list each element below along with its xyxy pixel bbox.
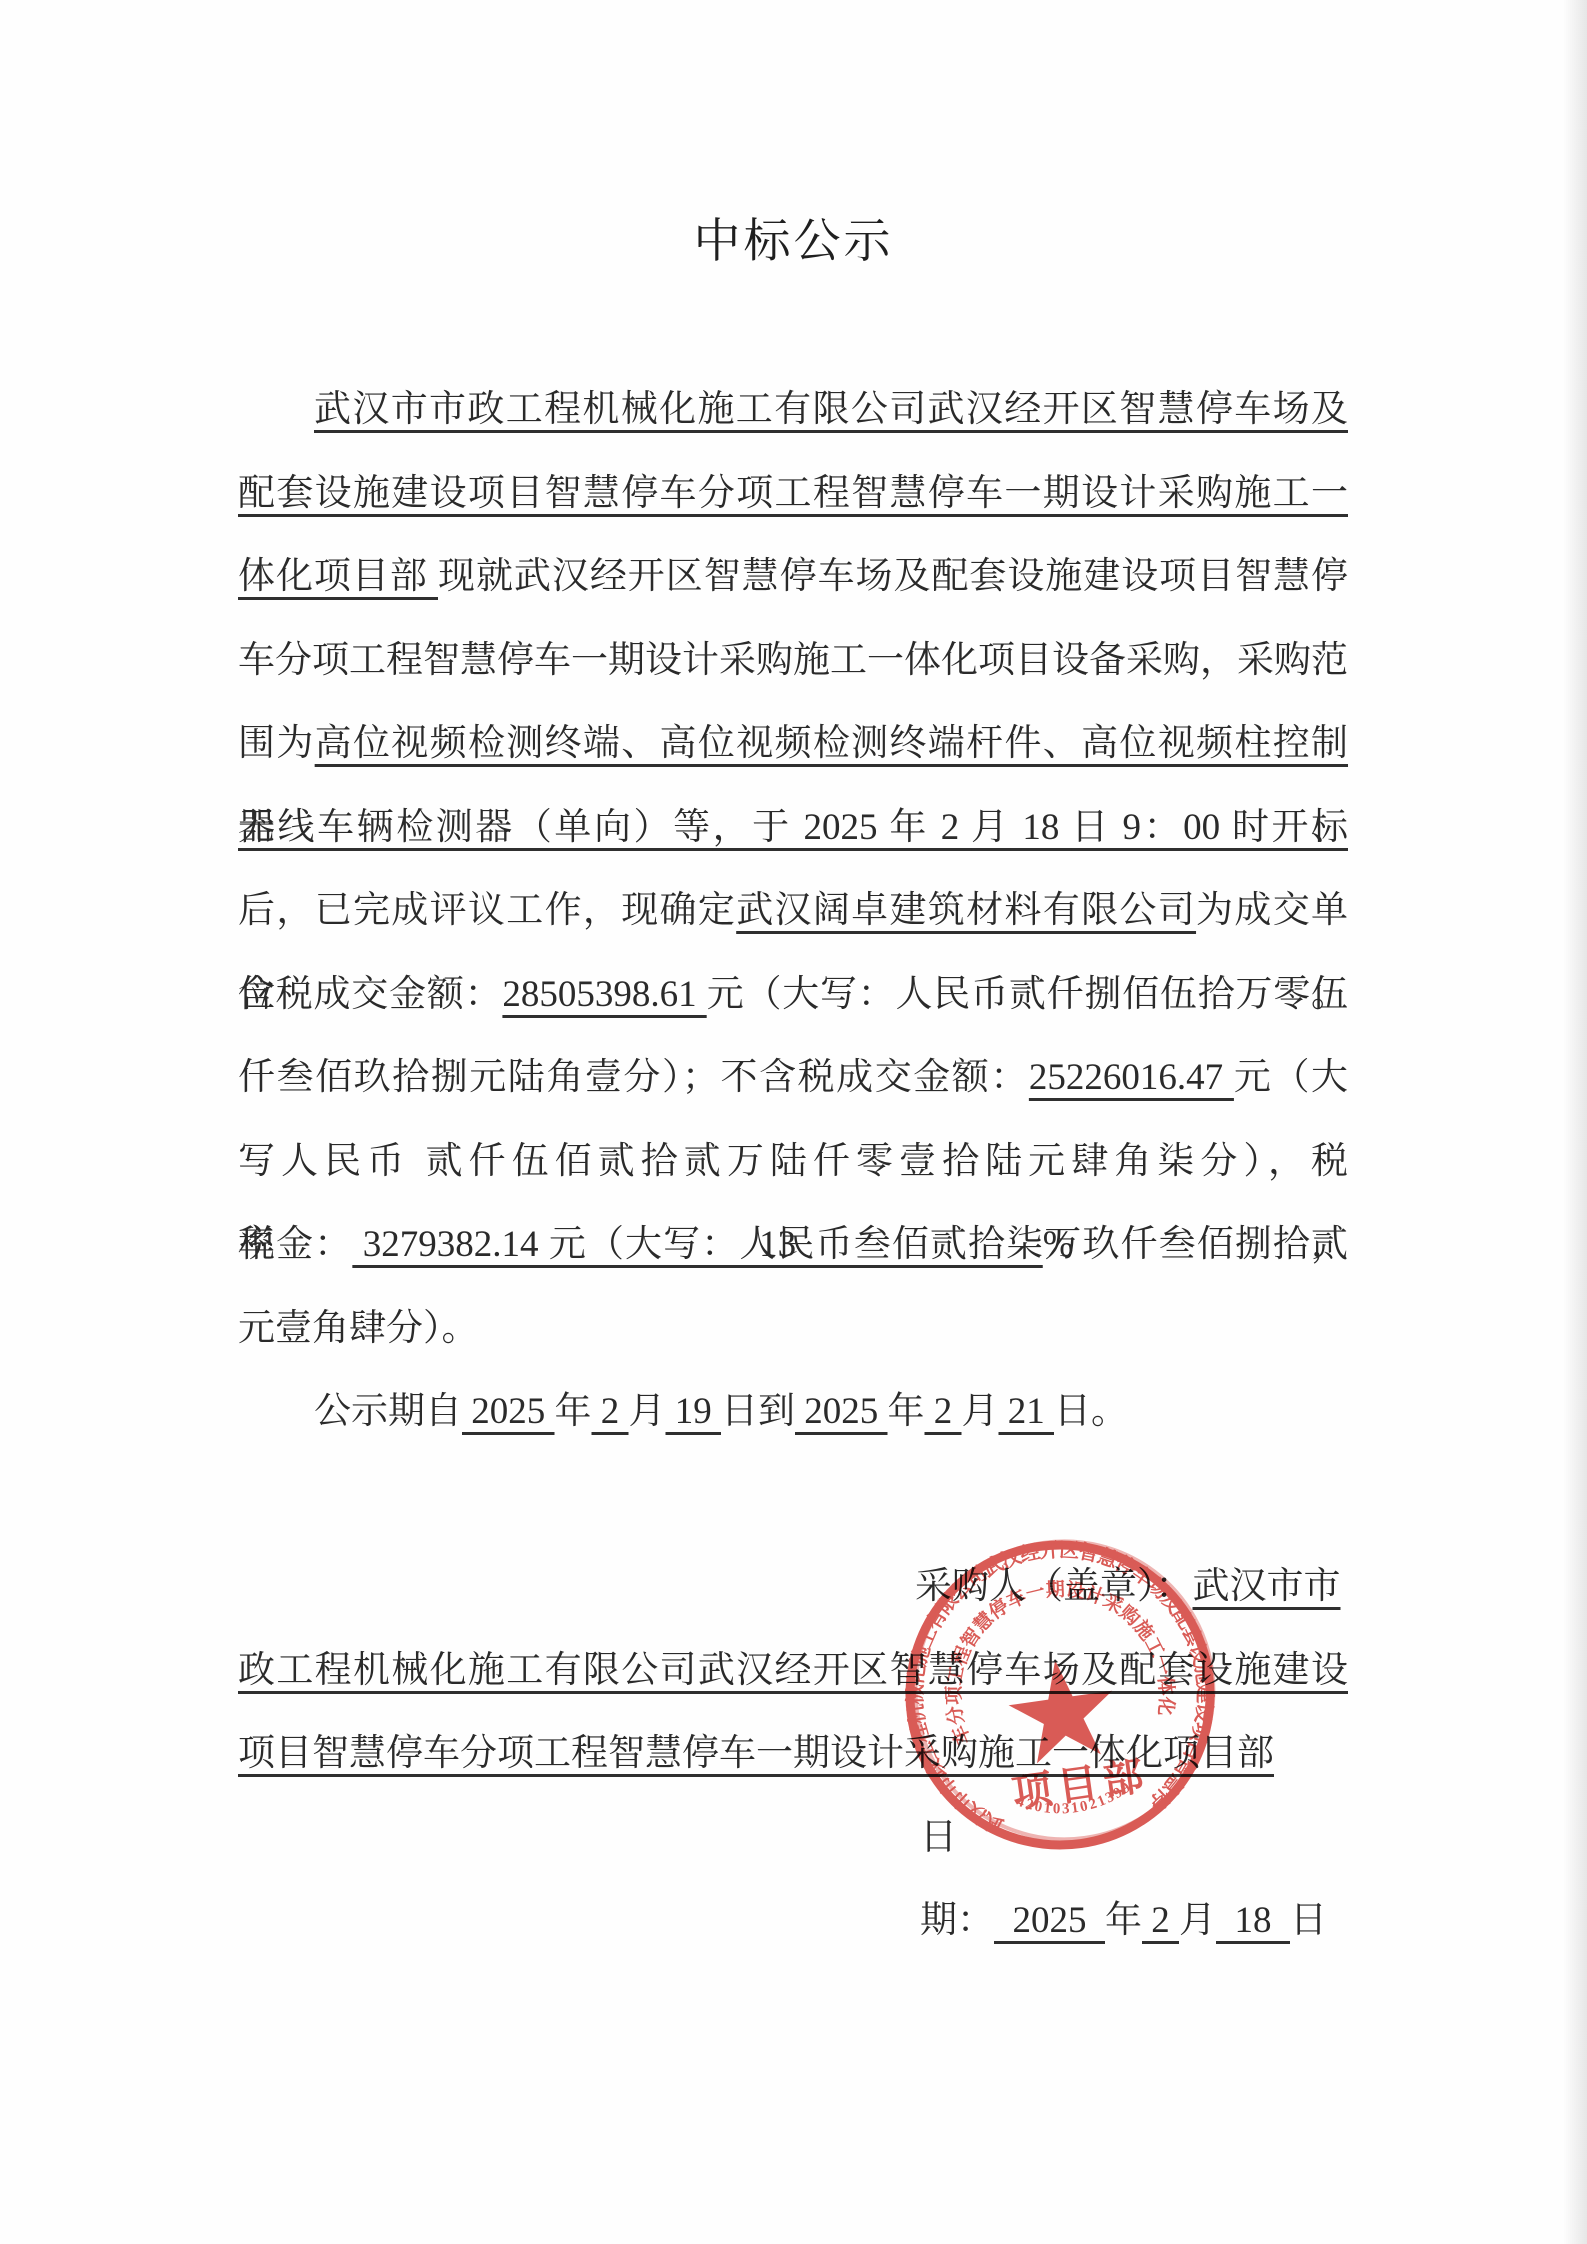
underlined-text: 3279382.14 [352, 1224, 548, 1265]
plain-text: 元（大写：人民币贰仟捌佰伍拾万零伍 [707, 974, 1348, 1015]
plain-text: 后，已完成评议工作，现确定 [238, 890, 736, 931]
plain-text: 年 [888, 1391, 925, 1432]
plain-text: 年 [555, 1391, 592, 1432]
doc-line: 体化项目部 现就武汉经开区智慧停车场及配套设施建设项目智慧停 [238, 535, 1348, 619]
doc-line: 含税成交金额：28505398.61 元（大写：人民币贰仟捌佰伍拾万零伍 [238, 953, 1348, 1037]
underlined-text: 2 [1142, 1900, 1179, 1941]
signature-block: 采购人（盖章）：武汉市市政工程机械化施工有限公司武汉经开区智慧停车场及配套设施建… [238, 1545, 1348, 1879]
document-body: 武汉市市政工程机械化施工有限公司武汉经开区智慧停车场及配套设施建设项目智慧停车分… [238, 368, 1348, 1454]
plain-text: 元（大 [1234, 1057, 1348, 1098]
underlined-text: 28505398.61 [502, 974, 706, 1015]
underlined-text: 武汉阔卓建筑材料有限公司 [736, 890, 1196, 931]
doc-line: 后，已完成评议工作，现确定武汉阔卓建筑材料有限公司为成交单位。 [238, 869, 1348, 953]
plain-text: 元壹角肆分）。 [238, 1308, 479, 1349]
underlined-text: 18 [1011, 807, 1072, 848]
plain-text: 采购人（盖章）： [915, 1566, 1193, 1607]
doc-line: 车分项工程智慧停车一期设计采购施工一体化项目设备采购，采购范 [238, 619, 1348, 703]
doc-line: 采购人（盖章）：武汉市市 [915, 1545, 1348, 1629]
underlined-text: 2 [929, 807, 971, 848]
doc-line: 税金： 3279382.14 元（大写：人民币叁佰贰拾柒万玖仟叁佰捌拾贰 [238, 1203, 1348, 1287]
plain-text: 年 [1105, 1900, 1142, 1941]
doc-line: 仟叁佰玖拾捌元陆角壹分）；不含税成交金额：25226016.47 元（大 [238, 1036, 1348, 1120]
underlined-text: 体化项目部 [238, 556, 438, 597]
doc-line: 项目智慧停车分项工程智慧停车一期设计采购施工一体化项目部 [238, 1712, 1348, 1796]
plain-text: ，于 [713, 807, 792, 848]
plain-text: 日期： [920, 1817, 994, 1942]
plain-text: 日到 [721, 1391, 795, 1432]
underlined-text: 25226016.47 [1029, 1057, 1234, 1098]
document-page: 中标公示 武汉市市政工程机械化施工有限公司武汉经开区智慧停车场及配套设施建设项目… [0, 0, 1587, 2244]
scan-edge-shadow [1563, 0, 1587, 2244]
plain-text: 月 [1179, 1900, 1216, 1941]
underlined-text: 19 [666, 1391, 722, 1432]
doc-line: 公示期自 2025 年 2 月 19 日到 2025 年 2 月 21 日。 [238, 1370, 1348, 1454]
plain-text: 公示期自 [314, 1391, 462, 1432]
underlined-text: 2025 [795, 1391, 888, 1432]
underlined-text: 2 [925, 1391, 962, 1432]
plain-text: 围为 [238, 723, 315, 764]
underlined-text: 18 [1216, 1900, 1290, 1941]
plain-text: 日。 [1054, 1391, 1128, 1432]
plain-text: 日 [1290, 1900, 1327, 1941]
doc-line: 配套设施建设项目智慧停车分项工程智慧停车一期设计采购施工一 [238, 452, 1348, 536]
doc-line: 日期： 2025 年 2 月 18 日 [920, 1796, 1348, 1880]
doc-line: 武汉市市政工程机械化施工有限公司武汉经开区智慧停车场及 [238, 368, 1348, 452]
plain-text: 日 9：00 时开标 [1071, 807, 1348, 848]
underlined-text: 武汉市市 [1193, 1566, 1341, 1607]
document-title: 中标公示 [0, 213, 1587, 272]
underlined-text: 21 [999, 1391, 1055, 1432]
underlined-text: 政工程机械化施工有限公司武汉经开区智慧停车场及配套设施建设 [238, 1650, 1348, 1691]
plain-text: 现就武汉经开区智慧停车场及配套设施建设项目智慧停 [438, 556, 1348, 597]
doc-line: 写人民币 贰仟伍佰贰拾贰万陆仟零壹拾陆元肆角柒分），税率 13 %， [238, 1120, 1348, 1204]
underlined-text: 2 [592, 1391, 629, 1432]
doc-line: 围为高位视频检测终端、高位视频检测终端杆件、高位视频柱控制器、 [238, 702, 1348, 786]
plain-text: 车分项工程智慧停车一期设计采购施工一体化项目设备采购，采购范 [238, 640, 1348, 681]
underlined-text: 项目智慧停车分项工程智慧停车一期设计采购施工一体化项目部 [238, 1733, 1274, 1774]
underlined-text: 2025 [462, 1391, 555, 1432]
doc-line: 政工程机械化施工有限公司武汉经开区智慧停车场及配套设施建设 [238, 1629, 1348, 1713]
plain-text: 月 [971, 807, 1011, 848]
underlined-text: 无线车辆检测器（单向）等 [238, 807, 713, 848]
plain-text: 月 [629, 1391, 666, 1432]
underlined-text: 2025 [792, 807, 890, 848]
underlined-text: 2025 [994, 1900, 1105, 1941]
plain-text: 月 [962, 1391, 999, 1432]
doc-line: 元壹角肆分）。 [238, 1287, 1348, 1371]
plain-text: 年 [889, 807, 929, 848]
plain-text: 含税成交金额： [238, 974, 502, 1015]
plain-text: 税金： [238, 1224, 352, 1265]
plain-text: 仟叁佰玖拾捌元陆角壹分）；不含税成交金额： [238, 1057, 1029, 1098]
doc-line: 无线车辆检测器（单向）等，于 2025 年 2 月 18 日 9：00 时开标 [238, 786, 1348, 870]
underlined-text: 配套设施建设项目智慧停车分项工程智慧停车一期设计采购施工一 [238, 473, 1348, 514]
underlined-text: 武汉市市政工程机械化施工有限公司武汉经开区智慧停车场及 [314, 389, 1348, 430]
plain-text: 元（大写：人民币叁佰贰拾柒万玖仟叁佰捌拾贰 [549, 1224, 1348, 1265]
